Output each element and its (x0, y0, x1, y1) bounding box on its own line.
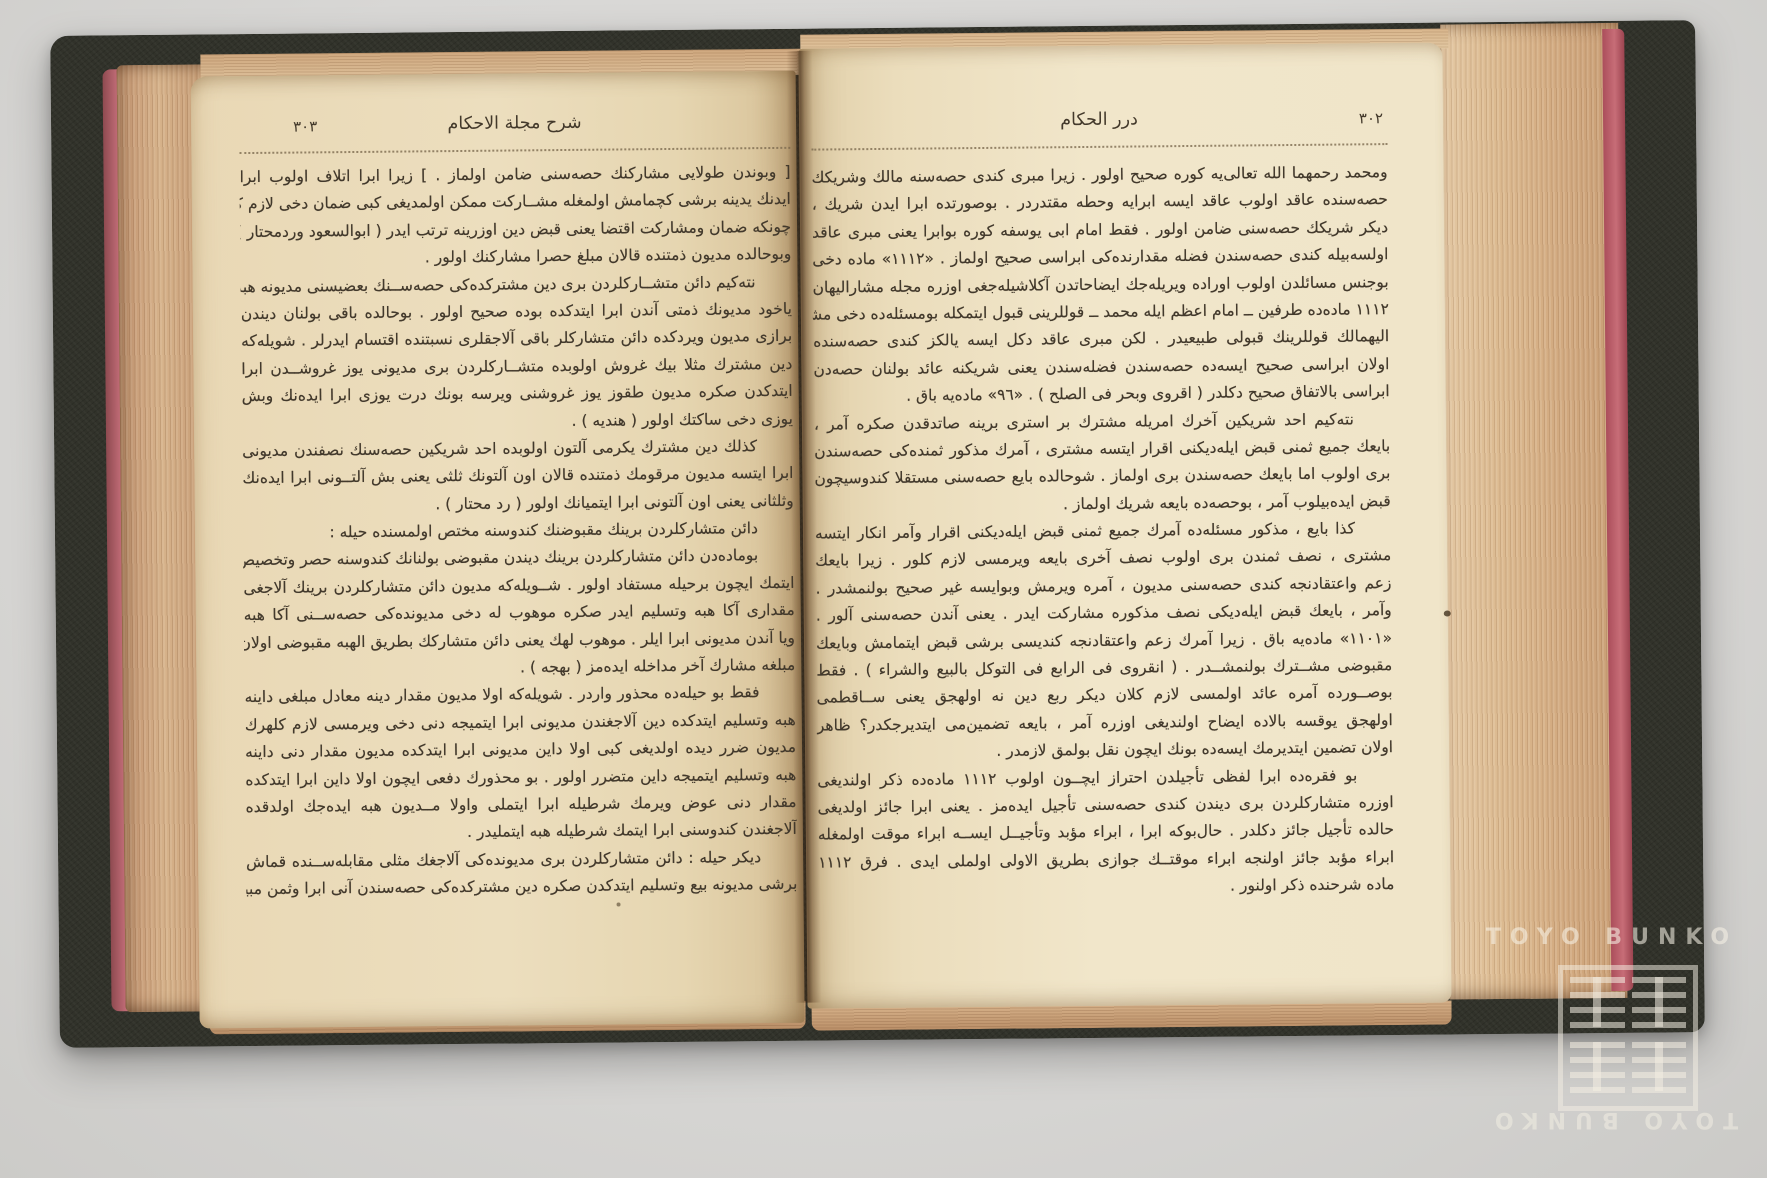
right-page-text: ومحمد رحمهما الله تعالى‌يه كوره صحيح اول… (811, 159, 1394, 904)
text-line: برشى مديونه بيع وتسليم ايتدكدن صكره دين … (246, 871, 797, 904)
right-page-number: ٣٠٢ (1359, 109, 1383, 127)
left-page-text: [ وبوندن طولايى مشاركنك حصه‌سنى ضامن اول… (239, 159, 797, 904)
left-page-number: ٣٠٣ (293, 117, 317, 135)
left-page: ٣٠٣ شرح مجلة الاحكام [ وبوندن طولايى مشا… (191, 71, 805, 1029)
seal-glyph (1632, 1042, 1687, 1100)
open-book: ٣٠٣ شرح مجلة الاحكام [ وبوندن طولايى مشا… (50, 20, 1705, 1048)
right-page-header: ٣٠٢ درر الحكام (811, 107, 1387, 151)
right-page: ٣٠٢ درر الحكام ومحمد رحمهما الله تعالى‌ي… (798, 43, 1451, 1009)
text-line: ماده شرحنده ذكر اولنور . (818, 871, 1394, 904)
right-fore-edge-stack (1440, 23, 1627, 1000)
seal-glyph (1570, 1042, 1625, 1100)
page-speck (1444, 611, 1451, 617)
left-page-title: شرح مجلة الاحكام (447, 113, 581, 134)
page-speck (617, 902, 621, 906)
book-photo: ٣٠٣ شرح مجلة الاحكام [ وبوندن طولايى مشا… (0, 0, 1767, 1178)
watermark-text-bottom: TOYO BUNKO (1478, 1107, 1746, 1132)
left-page-header: ٣٠٣ شرح مجلة الاحكام (239, 111, 790, 154)
right-page-title: درر الحكام (1060, 109, 1138, 130)
